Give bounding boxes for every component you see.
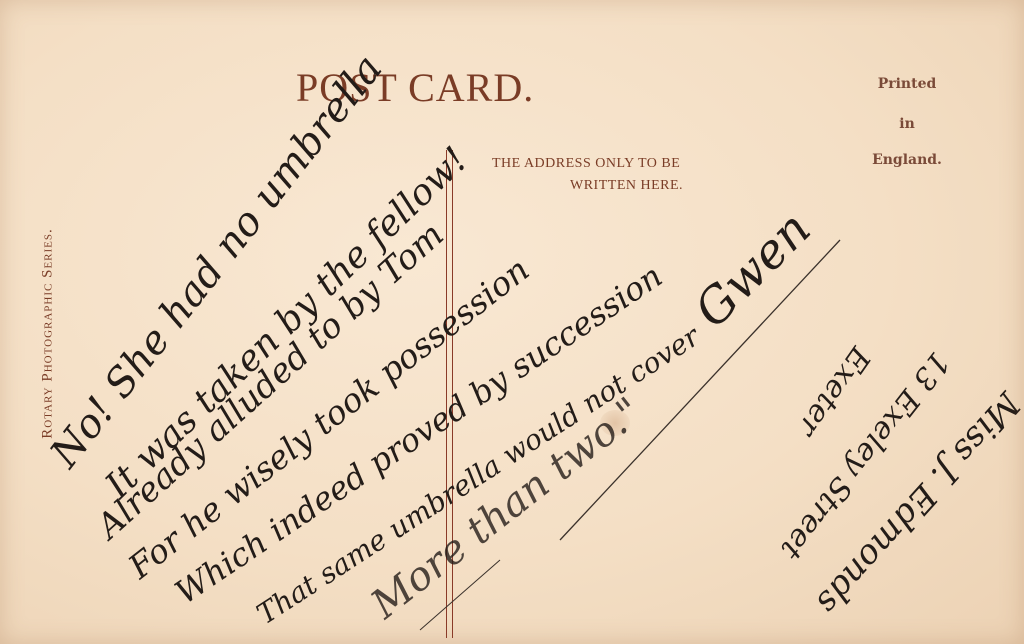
handwriting-layer: No! She had no umbrella It was taken by …: [0, 0, 1024, 644]
message-line-6: That same umbrella would not cover: [251, 319, 707, 631]
signature: Gwen: [684, 201, 822, 339]
postcard: POST CARD. Printed in England. THE ADDRE…: [0, 0, 1024, 644]
